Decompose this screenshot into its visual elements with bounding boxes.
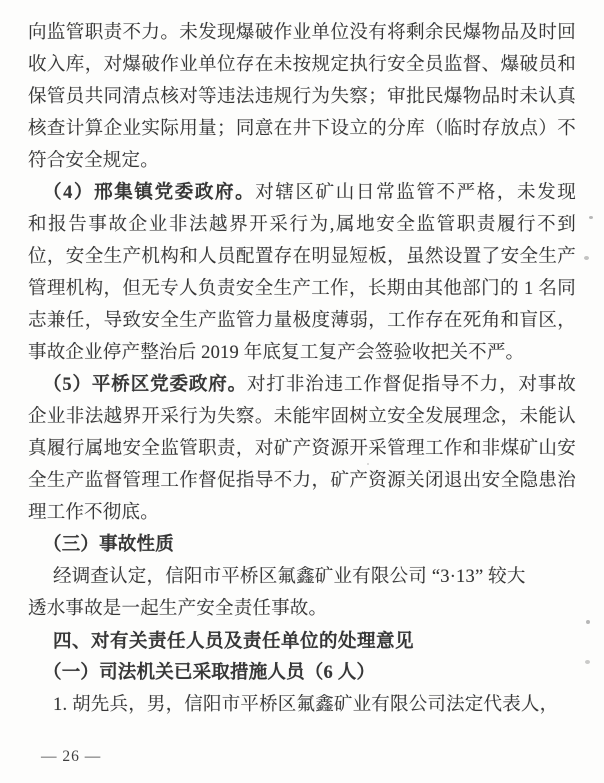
- document-page: 向监管职责不力。未发现爆破作业单位没有将剩余民爆物品及时回 收入库，对爆破作业单…: [0, 0, 604, 783]
- paragraph-3-line-5: 理工作不彻底。: [28, 497, 576, 529]
- paragraph-1-line-5: 符合安全规定。: [28, 145, 576, 177]
- paragraph-3-line-2: 企业非法越界开采行为失察。未能牢固树立安全发展理念，未能认: [28, 401, 576, 433]
- paragraph-1-line-3: 保管员共同清点核对等违法违规行为失察；审批民爆物品时未认真: [28, 81, 576, 113]
- paragraph-3-line-3: 真履行属地安全监管职责，对矿产资源开采管理工作和非煤矿山安: [28, 433, 576, 465]
- scan-speckle: [589, 216, 593, 219]
- paragraph-1-line-1: 向监管职责不力。未发现爆破作业单位没有将剩余民爆物品及时回: [28, 17, 576, 49]
- paragraph-3-line-4: 全生产监督管理工作督促指导不力，矿产资源关闭退出安全隐患治: [28, 465, 576, 497]
- paragraph-1-line-2: 收入库，对爆破作业单位存在未按规定执行安全员监督、爆破员和: [28, 49, 576, 81]
- paragraph-3-line-1: （5）平桥区党委政府。对打非治违工作督促指导不力，对事故: [28, 369, 576, 401]
- scan-speckle: [585, 660, 590, 664]
- paragraph-2-line-1: （4）邢集镇党委政府。对辖区矿山日常监管不严格，未发现: [28, 177, 576, 209]
- paragraph-2-line-3: 位，安全生产机构和人员配置存在明显短板，虽然设置了安全生产: [28, 241, 576, 273]
- paragraph-2-line-6: 事故企业停产整治后 2019 年底复工复产会签验收把关不严。: [28, 337, 576, 369]
- scan-speckle: [584, 256, 589, 260]
- paragraph-1-line-4: 核查计算企业实际用量；同意在井下设立的分库（临时存放点）不: [28, 113, 576, 145]
- paragraph-4-line-1: 经调查认定，信阳市平桥区氟鑫矿业有限公司 “3·13” 较大: [28, 561, 576, 593]
- paragraph-2-line-2: 和报告事故企业非法越界开采行为,属地安全监管职责履行不到: [28, 209, 576, 241]
- paragraph-2-line-4: 管理机构，但无专人负责安全生产工作，长期由其他部门的 1 名同: [28, 273, 576, 305]
- paragraph-3-lead: （5）平桥区党委政府。: [43, 375, 247, 395]
- paragraph-2-lead: （4）邢集镇党委政府。: [43, 183, 255, 203]
- document-body: 向监管职责不力。未发现爆破作业单位没有将剩余民爆物品及时回 收入库，对爆破作业单…: [28, 17, 576, 721]
- scan-speckle: [367, 463, 369, 465]
- paragraph-2-line-5: 志兼任，导致安全生产监管力量极度薄弱，工作存在死角和盲区，: [28, 305, 576, 337]
- heading-subsection-1-judicial-measures: （一）司法机关已采取措施人员（6 人）: [28, 657, 576, 689]
- paragraph-2-line-1-text: 对辖区矿山日常监管不严格，未发现: [255, 183, 576, 203]
- page-number: — 26 —: [41, 748, 101, 766]
- heading-section-4-handling-opinions: 四、对有关责任人员及责任单位的处理意见: [28, 625, 576, 657]
- paragraph-3-line-1-text: 对打非治违工作督促指导不力，对事故: [247, 375, 576, 395]
- paragraph-4-line-2: 透水事故是一起生产安全责任事故。: [28, 593, 576, 625]
- paragraph-5-line-1: 1. 胡先兵，男，信阳市平桥区氟鑫矿业有限公司法定代表人，: [28, 689, 576, 721]
- heading-section-3-accident-nature: （三）事故性质: [28, 529, 576, 561]
- scan-speckle: [586, 620, 590, 624]
